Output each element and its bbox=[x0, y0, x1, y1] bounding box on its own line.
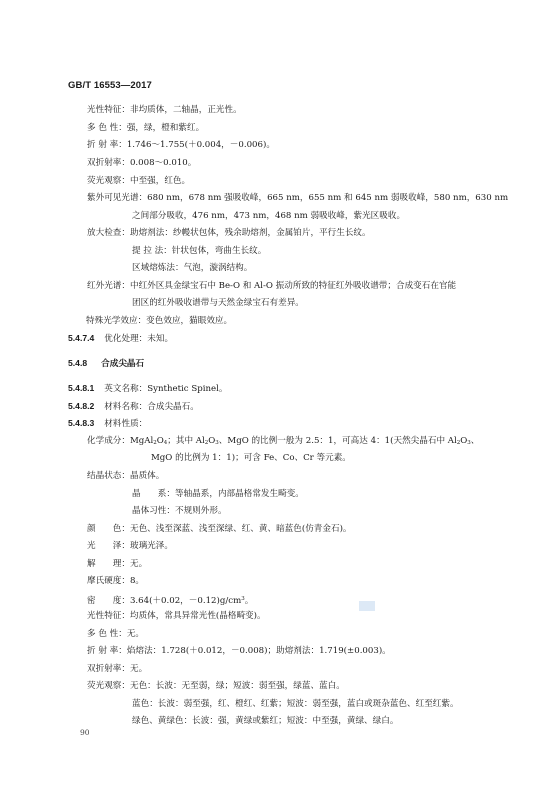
crystal-system: 晶 系：等轴晶系，内部晶格常发生畸变。 bbox=[132, 488, 304, 500]
chemical-composition: 化学成分：MgAl2O4；其中 Al2O3、MgO 的比例一般为 2.5：1，可… bbox=[87, 435, 479, 449]
text-run: 、 bbox=[471, 436, 480, 446]
pleochroism: 多 色 性：强，绿，橙和紫红。 bbox=[87, 122, 204, 134]
document-page: GB/T 16553—2017 光性特征：非均质体，二轴晶，正光性。 多 色 性… bbox=[0, 0, 560, 791]
page-number: 90 bbox=[80, 728, 90, 737]
section-text: 材料性质： bbox=[104, 419, 147, 429]
section-5-4-8-1: 5.4.8.1英文名称：Synthetic Spinel。 bbox=[68, 382, 227, 395]
section-5-4-8-heading: 5.4.8合成尖晶石 bbox=[68, 357, 144, 370]
optic-character: 光性特征：非均质体，二轴晶，正光性。 bbox=[87, 104, 242, 116]
uv-vis-spectrum-cont: 之间部分吸收，476 nm，473 nm，468 nm 弱吸收峰，紫光区吸收。 bbox=[132, 210, 405, 222]
density: 密 度：3.64(＋0.02，－0.12)g/cm3。 bbox=[87, 593, 253, 607]
text-run: 密 度：3.64(＋0.02，－0.12)g/cm bbox=[87, 596, 241, 606]
ir-spectrum-cont: 团区的红外吸收谱带与天然金绿宝石有差异。 bbox=[132, 297, 304, 309]
fluorescence-blue: 蓝色：长波：弱至强，红、橙红、红紫；短波：弱至强，蓝白或斑杂蓝色、红至红紫。 bbox=[132, 698, 459, 710]
section-text: 优化处理：未知。 bbox=[104, 334, 173, 344]
birefringence: 双折射率：0.008～0.010。 bbox=[87, 157, 196, 169]
section-text: 材料名称：合成尖晶石。 bbox=[104, 402, 199, 412]
text-run: ；其中 Al bbox=[167, 436, 204, 446]
text-run: 化学成分：MgAl bbox=[87, 436, 153, 446]
section-number: 5.4.8.3 bbox=[68, 417, 94, 429]
section-number: 5.4.7.4 bbox=[68, 332, 94, 344]
section-title: 合成尖晶石 bbox=[101, 359, 144, 369]
refractive-index: 折 射 率：1.746～1.755(＋0.004，－0.006)。 bbox=[87, 139, 275, 151]
section-5-4-7-4: 5.4.7.4优化处理：未知。 bbox=[68, 332, 173, 345]
fluorescence-colorless: 荧光观察：无色：长波：无至弱，绿；短波：弱至强，绿蓝、蓝白。 bbox=[87, 680, 345, 692]
scan-artifact bbox=[359, 601, 375, 611]
text-run: 。 bbox=[245, 596, 254, 606]
special-optical-effect: 特殊光学效应：变色效应，猫眼效应。 bbox=[86, 315, 232, 327]
crystal-state: 结晶状态：晶质体。 bbox=[87, 470, 164, 482]
standard-header: GB/T 16553—2017 bbox=[68, 80, 152, 91]
section-text: 英文名称：Synthetic Spinel。 bbox=[104, 384, 227, 394]
pleochroism-spinel: 多 色 性：无。 bbox=[87, 628, 144, 640]
section-number: 5.4.8.1 bbox=[68, 382, 94, 394]
fluorescence-green: 绿色、黄绿色：长波：强，黄绿或紫红；短波：中至强，黄绿、绿白。 bbox=[132, 715, 398, 727]
magnification-pull: 提 拉 法：针状包体，弯曲生长纹。 bbox=[132, 245, 266, 257]
refractive-index-spinel: 折 射 率：焰熔法：1.728(＋0.012，－0.008)；助熔剂法：1.71… bbox=[87, 645, 391, 657]
section-number: 5.4.8.2 bbox=[68, 400, 94, 412]
section-5-4-8-3: 5.4.8.3材料性质： bbox=[68, 417, 147, 430]
optic-character-spinel: 光性特征：均质体，常具异常光性(晶格畸变)。 bbox=[87, 610, 266, 622]
birefringence-spinel: 双折射率：无。 bbox=[87, 663, 147, 675]
chemical-composition-cont: MgO 的比例为 1：1)；可含 Fe、Co、Cr 等元素。 bbox=[151, 452, 351, 464]
section-number: 5.4.8 bbox=[68, 357, 87, 369]
color: 颜 色：无色、浅至深蓝、浅至深绿、红、黄、暗蓝色(仿青金石)。 bbox=[87, 523, 352, 535]
cleavage: 解 理：无。 bbox=[87, 558, 147, 570]
uv-vis-spectrum: 紫外可见光谱：680 nm，678 nm 强吸收峰，665 nm，655 nm … bbox=[87, 192, 508, 204]
fluorescence: 荧光观察：中至强，红色。 bbox=[87, 175, 190, 187]
text-run: 、MgO 的比例一般为 2.5：1，可高达 4：1(天然尖晶石中 Al bbox=[219, 436, 457, 446]
luster: 光 泽：玻璃光泽。 bbox=[87, 540, 173, 552]
text-run: O bbox=[157, 436, 164, 446]
crystal-habit: 晶体习性：不规则外形。 bbox=[132, 505, 227, 517]
hardness: 摩氏硬度：8。 bbox=[87, 575, 144, 587]
section-5-4-8-2: 5.4.8.2材料名称：合成尖晶石。 bbox=[68, 400, 199, 413]
magnification-flux: 放大检查：助熔剂法：纱幔状包体，残余助熔剂，金属铂片，平行生长纹。 bbox=[87, 227, 371, 239]
magnification-zone: 区域熔炼法：气泡，漩涡结构。 bbox=[132, 262, 252, 274]
ir-spectrum: 红外光谱：中红外区具金绿宝石中 Be-O 和 Al-O 振动所致的特征红外吸收谱… bbox=[87, 280, 456, 292]
